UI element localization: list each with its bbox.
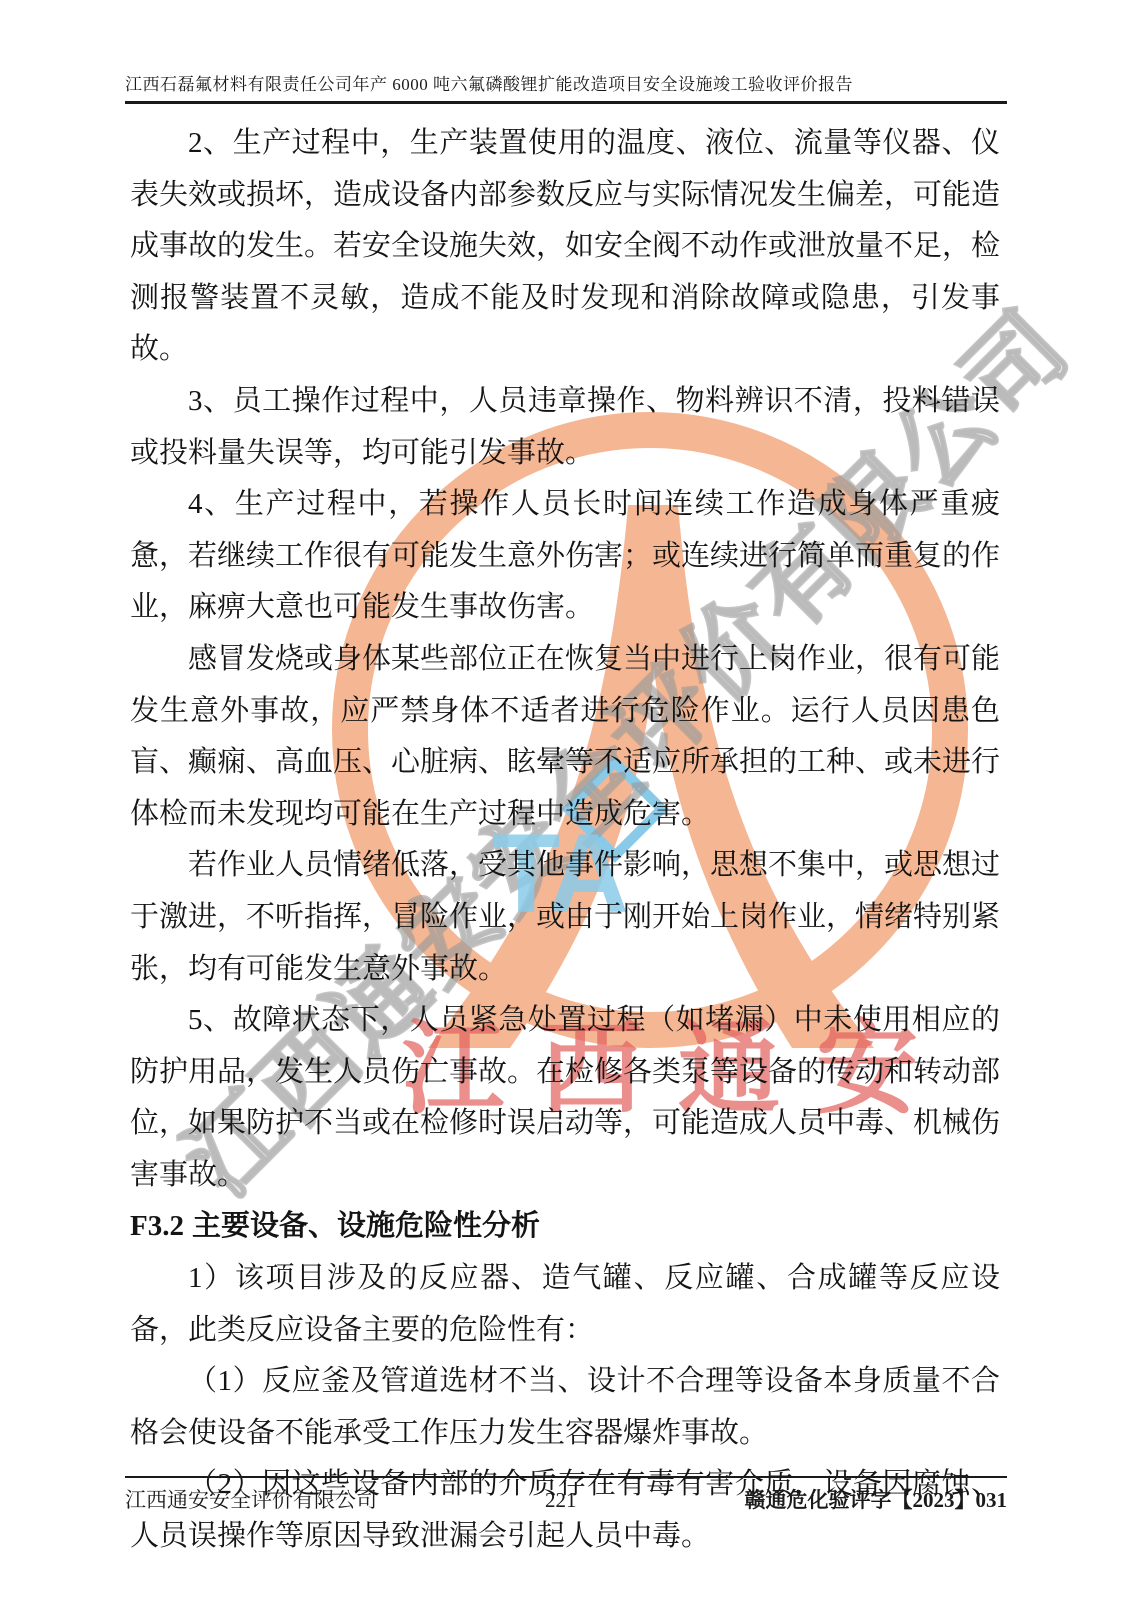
paragraph: 5、故障状态下，人员紧急处置过程（如堵漏）中未使用相应的防护用品，发生人员伤亡事… (130, 995, 1000, 1201)
footer-page-number: 221 (545, 1488, 577, 1513)
section-heading-number: F3.2 (130, 1210, 184, 1242)
paragraph: 3、员工操作过程中，人员违章操作、物料辨识不清，投料错误或投料量失误等，均可能引… (130, 376, 1000, 479)
paragraph: 2、生产过程中，生产装置使用的温度、液位、流量等仪器、仪表失效或损坏，造成设备内… (130, 118, 1000, 376)
paragraph: 1）该项目涉及的反应器、造气罐、反应罐、合成罐等反应设备，此类反应设备主要的危险… (130, 1253, 1000, 1356)
section-heading-title: 主要设备、设施危险性分析 (184, 1210, 540, 1242)
header-title: 江西石磊氟材料有限责任公司年产 6000 吨六氟磷酸锂扩能改造项目安全设施竣工验… (125, 70, 1007, 101)
section-heading: F3.2 主要设备、设施危险性分析 (130, 1201, 1000, 1253)
document-body: 2、生产过程中，生产装置使用的温度、液位、流量等仪器、仪表失效或损坏，造成设备内… (130, 118, 1000, 1563)
page-footer: 江西通安安全评价有限公司 221 赣通危化验评字【2023】031 (125, 1476, 1007, 1514)
paragraph: 若作业人员情绪低落，受其他事件影响，思想不集中，或思想过于激进，不听指挥，冒险作… (130, 840, 1000, 995)
paragraph: （1）反应釜及管道选材不当、设计不合理等设备本身质量不合格会使设备不能承受工作压… (130, 1356, 1000, 1459)
header-rule (125, 101, 1007, 104)
page-header: 江西石磊氟材料有限责任公司年产 6000 吨六氟磷酸锂扩能改造项目安全设施竣工验… (125, 70, 1007, 104)
document-page: 江西通安安全评价有限公司 TA 江西通安 江西石磊氟材料有限责任公司年产 600… (0, 0, 1131, 1600)
paragraph: 4、生产过程中，若操作人员长时间连续工作造成身体严重疲惫，若继续工作很有可能发生… (130, 479, 1000, 634)
footer-company: 江西通安安全评价有限公司 (125, 1484, 377, 1514)
footer-doc-number: 赣通危化验评字【2023】031 (745, 1484, 1008, 1514)
paragraph: 感冒发烧或身体某些部位正在恢复当中进行上岗作业，很有可能发生意外事故，应严禁身体… (130, 634, 1000, 840)
